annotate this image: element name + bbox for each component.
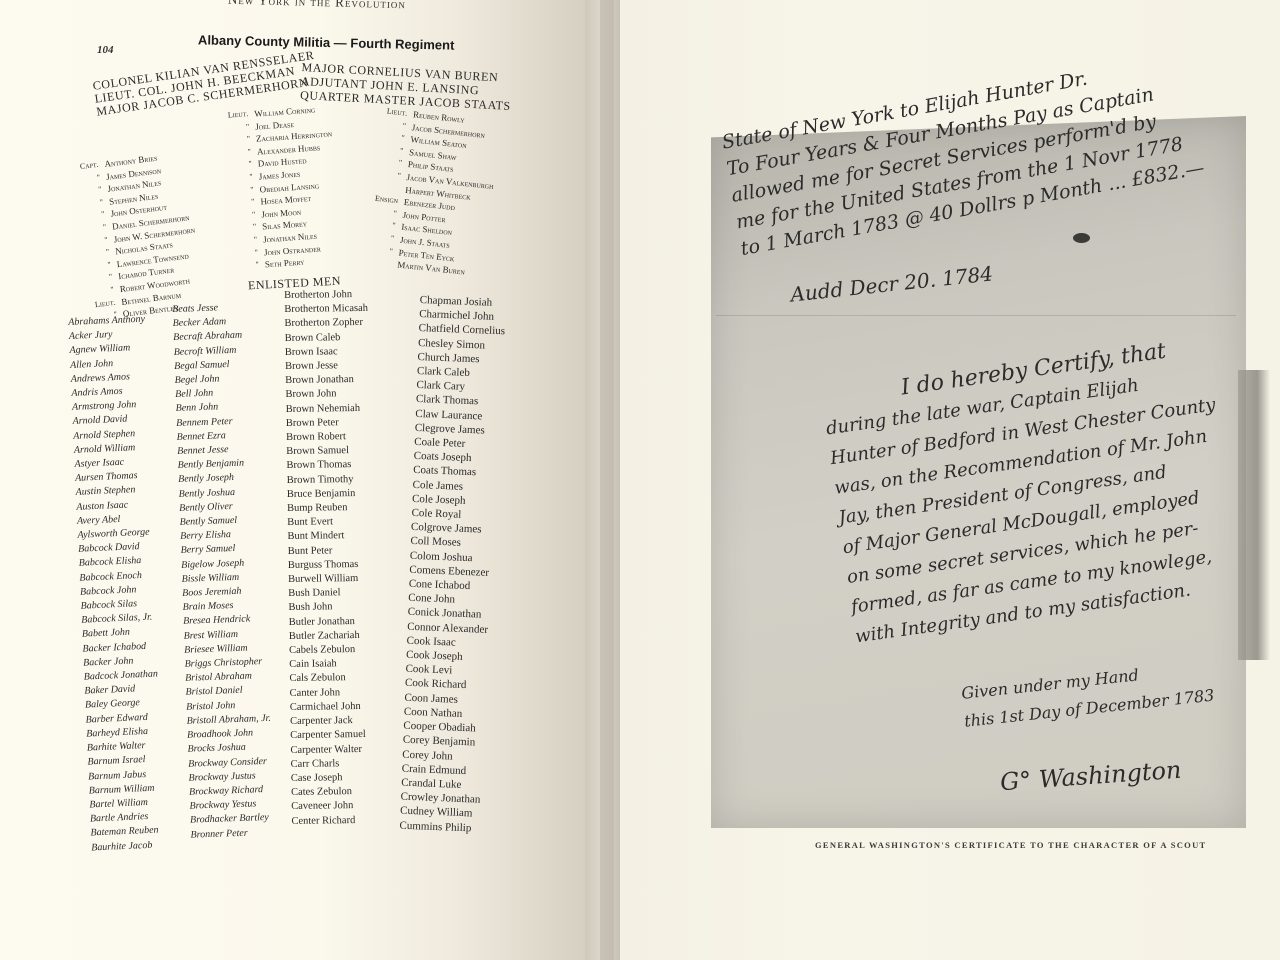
enlisted-name: Brown Caleb <box>285 330 369 345</box>
enlisted-name: Brotherton John <box>284 288 368 303</box>
torn-edge <box>1238 370 1270 660</box>
enlisted-name: Brown Jonathan <box>285 373 369 388</box>
enlisted-name: Bristoll Abraham, Jr. <box>186 712 271 729</box>
enlisted-name: Bunt Mindert <box>287 529 371 544</box>
enlisted-name: Carr Charls <box>291 756 375 771</box>
enlisted-name: Carpenter Walter <box>290 742 374 757</box>
figure-caption: General Washington's Certificate to the … <box>815 840 1207 850</box>
enlisted-name: Bronner Peter <box>190 825 275 842</box>
page-edge <box>600 0 614 960</box>
enlisted-name: Baurhite Jacob <box>91 838 168 856</box>
enlisted-name: Canter John <box>290 685 374 700</box>
fold-line <box>716 315 1236 316</box>
enlisted-name: Bunt Peter <box>288 543 372 558</box>
enlisted-name: Bush John <box>288 600 372 615</box>
enlisted-name: Burguss Thomas <box>288 558 372 573</box>
enlisted-name: Brown Robert <box>286 430 370 445</box>
officer-rank: " <box>233 259 266 274</box>
enlisted-name: Brown Samuel <box>286 444 370 459</box>
enlisted-name: Bump Reuben <box>287 501 371 516</box>
certificate-text: I do hereby Certify, that during the lat… <box>820 331 1242 652</box>
enlisted-name: Caveneer John <box>291 799 375 814</box>
enlisted-name: Carpenter Jack <box>290 714 374 729</box>
enlisted-name: Bush Daniel <box>288 586 372 601</box>
enlisted-name: Brown Jesse <box>285 359 369 374</box>
enlisted-name: Bruce Benjamin <box>287 487 371 502</box>
enlisted-column-4: Chapman JosiahCharmichel JohnChatfield C… <box>399 293 506 836</box>
enlisted-column-2: Beats JesseBecker AdamBecraft AbrahamBec… <box>172 300 275 842</box>
enlisted-name: Carpenter Samuel <box>290 728 374 743</box>
section-title: Albany County Militia — Fourth Regiment <box>198 32 455 52</box>
running-head: New York in the Revolution <box>228 0 406 12</box>
enlisted-name: Brown Timothy <box>287 472 371 487</box>
enlisted-name: Brown Thomas <box>286 458 370 473</box>
enlisted-name: Butler Zachariah <box>289 629 373 644</box>
enlisted-name: Brodhacker Bartley <box>190 811 275 828</box>
enlisted-name: Cates Zebulon <box>291 785 375 800</box>
enlisted-name: Cummins Philip <box>399 818 486 836</box>
company-officers-column-2: Lieut.William Corning"Joel Dease"Zachari… <box>222 102 341 273</box>
enlisted-column-1: Abrahams AnthonyAcker JuryAgnew WilliamA… <box>68 313 168 856</box>
company-officers-column-1: Capt.Anthony Bries"James Dennison"Jonath… <box>72 148 205 324</box>
officer-name: Seth Perry <box>264 256 304 271</box>
ink-blot <box>1073 233 1090 243</box>
enlisted-name: Brown John <box>285 387 369 402</box>
enlisted-name: Brown Peter <box>286 416 370 431</box>
page-number: 104 <box>97 44 114 56</box>
company-officers-column-3: Lieut.Reuben Rowly"Jacob Schermerhorn"Wi… <box>365 105 501 280</box>
enlisted-name: Burwell William <box>288 572 372 587</box>
enlisted-name: Center Richard <box>291 813 375 828</box>
enlisted-name: Cabels Zebulon <box>289 643 373 658</box>
enlisted-name: Carmichael John <box>290 700 374 715</box>
enlisted-name: Cain Isaiah <box>289 657 373 672</box>
enlisted-name: Cals Zebulon <box>289 671 373 686</box>
enlisted-column-3: Brotherton JohnBrotherton MicasahBrother… <box>284 288 375 829</box>
enlisted-name: Bunt Evert <box>287 515 371 530</box>
field-officers-right: MAJOR CORNELIUS VAN BUREN ADJUTANT JOHN … <box>300 60 513 113</box>
enlisted-name: Brotherton Zopher <box>284 316 368 331</box>
enlisted-name: Case Joseph <box>291 771 375 786</box>
enlisted-name: Butler Jonathan <box>289 614 373 629</box>
officer-rank <box>365 255 398 271</box>
left-page: New York in the Revolution 104 Albany Co… <box>0 0 585 960</box>
enlisted-name: Brockway Consider <box>188 754 273 771</box>
enlisted-name: Brown Isaac <box>285 345 369 360</box>
enlisted-name: Brown Nehemiah <box>286 401 370 416</box>
enlisted-name: Brotherton Micasah <box>284 302 368 317</box>
